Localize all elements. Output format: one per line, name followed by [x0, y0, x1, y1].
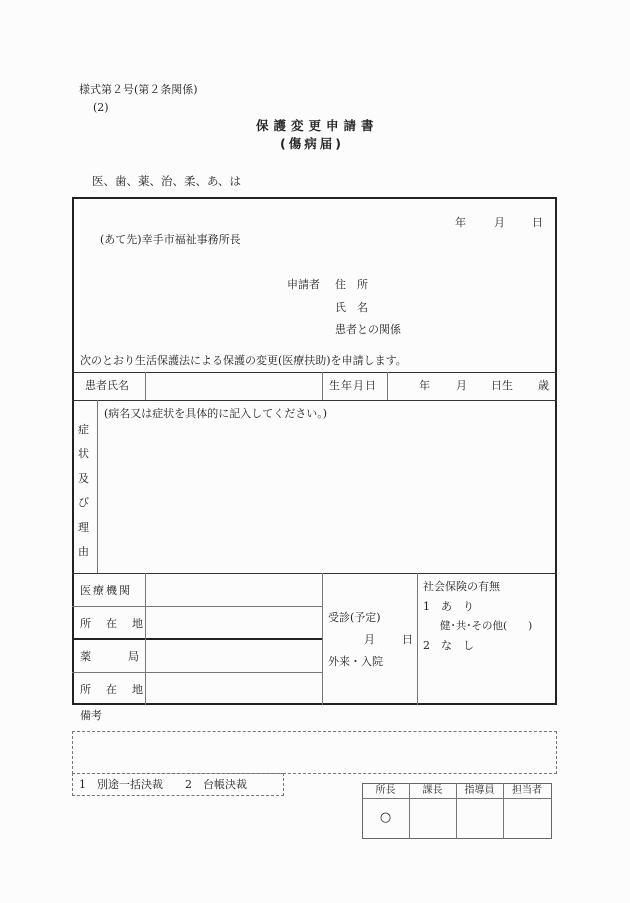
symptoms-field[interactable]: [100, 425, 552, 570]
dob-month-label: 月: [456, 380, 467, 391]
divider: [387, 372, 388, 400]
remarks-label: 備考: [80, 710, 102, 721]
patient-name-field[interactable]: [148, 375, 318, 397]
date-year-label: 年: [455, 217, 466, 228]
pharmacy-label: 薬: [80, 651, 91, 662]
divider: [322, 573, 323, 705]
insurance-types[interactable]: 健･共･その他( ): [440, 621, 532, 632]
divider: [97, 400, 98, 573]
date-month-label: 月: [494, 217, 505, 228]
divider: [322, 372, 323, 400]
location-label: 所 在 地: [80, 684, 145, 695]
medical-institution-label: 医療機関: [80, 585, 132, 596]
application-statement: 次のとおり生活保護法による保護の変更(医療扶助)を申請します。: [80, 355, 407, 366]
pharmacy-field[interactable]: [148, 642, 318, 670]
divider: [145, 573, 146, 705]
applicant-name-field[interactable]: [380, 298, 550, 316]
symptoms-label-char: 理: [78, 519, 89, 535]
sub-number: (2): [93, 102, 109, 113]
symptoms-label-char: 由: [78, 543, 89, 559]
divider: [72, 638, 322, 640]
location-label: 所 在 地: [80, 618, 145, 629]
pharmacy-label: 局: [128, 651, 139, 662]
date-day-label: 日: [532, 217, 543, 228]
relation-label: 患者との関係: [335, 324, 401, 335]
applicant-label: 申請者: [287, 279, 320, 290]
category-list: 医、歯、薬、治、柔、あ、は: [92, 176, 241, 188]
stamp-header-instructor: 指導員: [456, 783, 503, 798]
insurance-option-no[interactable]: 2 な し: [423, 640, 474, 651]
dob-day-label: 日生: [491, 380, 513, 391]
visit-month-label: 月: [364, 634, 375, 645]
divider: [362, 798, 552, 799]
applicant-address-field[interactable]: [380, 275, 550, 293]
symptoms-label-char: 状: [78, 445, 89, 461]
symptoms-instruction: (病名又は症状を具体的に記入してください。): [104, 408, 327, 419]
medical-location-field[interactable]: [148, 609, 318, 637]
dob-label: 生年月日: [329, 380, 377, 391]
form-number: 様式第２号(第２条関係): [79, 84, 198, 95]
divider: [72, 672, 322, 673]
remarks-field[interactable]: [72, 731, 557, 774]
symptoms-label-char: 症: [78, 421, 89, 437]
insurance-option-yes[interactable]: 1 あ り: [423, 601, 474, 612]
insurance-title: 社会保険の有無: [423, 581, 500, 592]
addressee: (あて先)幸手市福祉事務所長: [100, 234, 241, 245]
divider: [72, 606, 322, 607]
stamp-header-staff: 担当者: [503, 783, 551, 798]
decision-options: 1 別途一括決裁 2 台帳決裁: [79, 779, 247, 790]
dob-year-label: 年: [419, 380, 430, 391]
medical-institution-field[interactable]: [148, 576, 318, 604]
stamp-director[interactable]: ○: [362, 810, 409, 825]
name-label: 氏 名: [335, 302, 368, 313]
visit-label: 受診(予定): [328, 612, 381, 623]
stamp-header-director: 所長: [362, 783, 409, 798]
divider: [145, 372, 146, 400]
relation-field[interactable]: [412, 320, 550, 338]
pharmacy-location-field[interactable]: [148, 675, 318, 703]
visit-type-options[interactable]: 外来・入院: [328, 656, 383, 667]
age-label: 歳: [538, 380, 549, 391]
divider: [72, 400, 557, 401]
stamp-header-section-chief: 課長: [409, 783, 456, 798]
page-title: 保護変更申請書: [256, 120, 379, 133]
divider: [417, 573, 418, 705]
symptoms-label-char: 及: [78, 470, 89, 486]
visit-day-label: 日: [402, 634, 413, 645]
page-subtitle: (傷病届): [280, 138, 344, 151]
patient-name-label: 患者氏名: [85, 380, 129, 391]
symptoms-label-char: び: [78, 494, 89, 510]
address-label: 住 所: [335, 279, 368, 290]
